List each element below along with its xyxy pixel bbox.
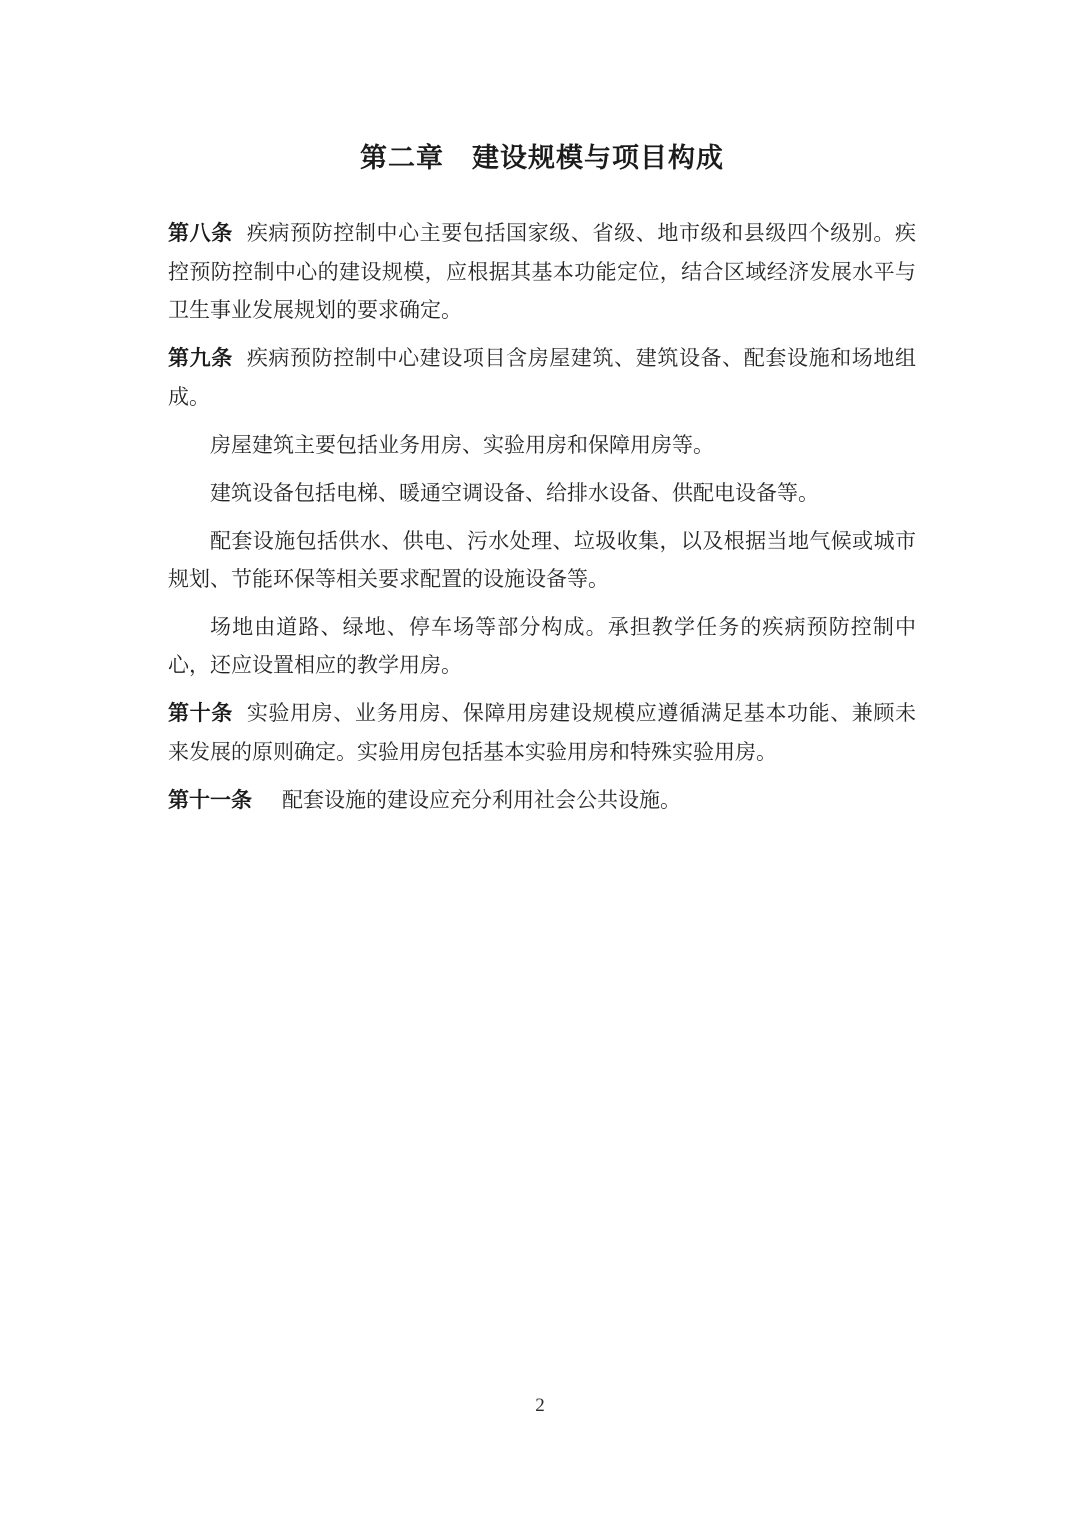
- document-body: 第八条疾病预防控制中心主要包括国家级、省级、地市级和县级四个级别。疾控预防控制中…: [168, 214, 916, 820]
- article-10-label: 第十条: [168, 702, 233, 725]
- paragraph-article-9: 第九条疾病预防控制中心建设项目含房屋建筑、建筑设备、配套设施和场地组成。: [168, 339, 916, 416]
- article-10-text: 实验用房、业务用房、保障用房建设规模应遵循满足基本功能、兼顾未来发展的原则确定。…: [168, 701, 916, 764]
- chapter-title: 第二章 建设规模与项目构成: [168, 140, 916, 176]
- article-9-label: 第九条: [168, 347, 233, 370]
- article-9-sub-4-text: 场地由道路、绿地、停车场等部分构成。承担教学任务的疾病预防控制中心，还应设置相应…: [168, 615, 916, 677]
- article-8-label: 第八条: [168, 222, 233, 245]
- article-9-sub-1-text: 房屋建筑主要包括业务用房、实验用房和保障用房等。: [210, 433, 714, 457]
- article-9-sub-2-text: 建筑设备包括电梯、暖通空调设备、给排水设备、供配电设备等。: [210, 481, 819, 505]
- paragraph-article-10: 第十条实验用房、业务用房、保障用房建设规模应遵循满足基本功能、兼顾未来发展的原则…: [168, 694, 916, 771]
- page-number: 2: [0, 1394, 1080, 1418]
- paragraph-article-11: 第十一条配套设施的建设应充分利用社会公共设施。: [168, 781, 916, 820]
- article-9-text: 疾病预防控制中心建设项目含房屋建筑、建筑设备、配套设施和场地组成。: [168, 346, 916, 409]
- paragraph-article-9-sub-3: 配套设施包括供水、供电、污水处理、垃圾收集，以及根据当地气候或城市规划、节能环保…: [168, 522, 916, 598]
- article-11-text: 配套设施的建设应充分利用社会公共设施。: [282, 788, 681, 812]
- paragraph-article-8: 第八条疾病预防控制中心主要包括国家级、省级、地市级和县级四个级别。疾控预防控制中…: [168, 214, 916, 329]
- article-8-text: 疾病预防控制中心主要包括国家级、省级、地市级和县级四个级别。疾控预防控制中心的建…: [168, 221, 916, 322]
- document-page: 第二章 建设规模与项目构成 第八条疾病预防控制中心主要包括国家级、省级、地市级和…: [0, 0, 1080, 1527]
- paragraph-article-9-sub-1: 房屋建筑主要包括业务用房、实验用房和保障用房等。: [168, 426, 916, 464]
- article-11-label: 第十一条: [168, 789, 252, 812]
- paragraph-article-9-sub-2: 建筑设备包括电梯、暖通空调设备、给排水设备、供配电设备等。: [168, 474, 916, 512]
- paragraph-article-9-sub-4: 场地由道路、绿地、停车场等部分构成。承担教学任务的疾病预防控制中心，还应设置相应…: [168, 608, 916, 684]
- article-9-sub-3-text: 配套设施包括供水、供电、污水处理、垃圾收集，以及根据当地气候或城市规划、节能环保…: [168, 529, 916, 591]
